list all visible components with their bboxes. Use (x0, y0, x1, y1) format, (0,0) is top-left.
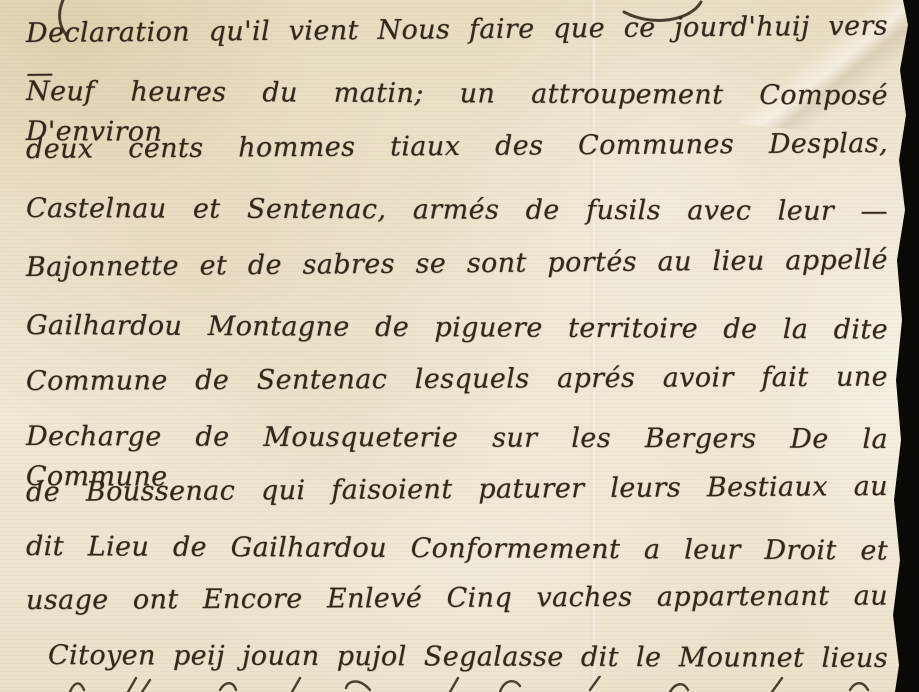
manuscript-line-12: Citoyen peij jouan pujol Segalasse dit l… (48, 636, 888, 681)
manuscript-line-10: dit Lieu de Gailhardou Conformement a le… (26, 527, 888, 574)
manuscript-line-7: Commune de Sentenac lesquels aprés avoir… (26, 357, 888, 404)
manuscript-line-3: deux cents hommes tiaux des Communes Des… (26, 124, 888, 172)
manuscript-line-11: usage ont Encore Enlevé Cinq vaches appa… (26, 576, 888, 623)
manuscript-line-1: Declaration qu'il vient Nous faire que c… (26, 6, 888, 56)
manuscript-page: Declaration qu'il vient Nous faire que c… (0, 0, 919, 692)
manuscript-line-8: Decharge de Mousqueterie sur les Bergers… (26, 417, 888, 462)
scanned-manuscript: Declaration qu'il vient Nous faire que c… (0, 0, 919, 692)
manuscript-line-9: de Boussenac qui faisoient paturer leurs… (26, 467, 888, 515)
manuscript-line-6: Gailhardou Montagne de piguere territoir… (26, 306, 888, 353)
manuscript-line-4: Castelnau et Sentenac, armés de fusils a… (26, 189, 888, 234)
manuscript-line-2: Neuf heures du matin; un attroupement Co… (26, 72, 888, 119)
manuscript-line-5: Bajonnette et de sabres se sont portés a… (26, 240, 888, 290)
